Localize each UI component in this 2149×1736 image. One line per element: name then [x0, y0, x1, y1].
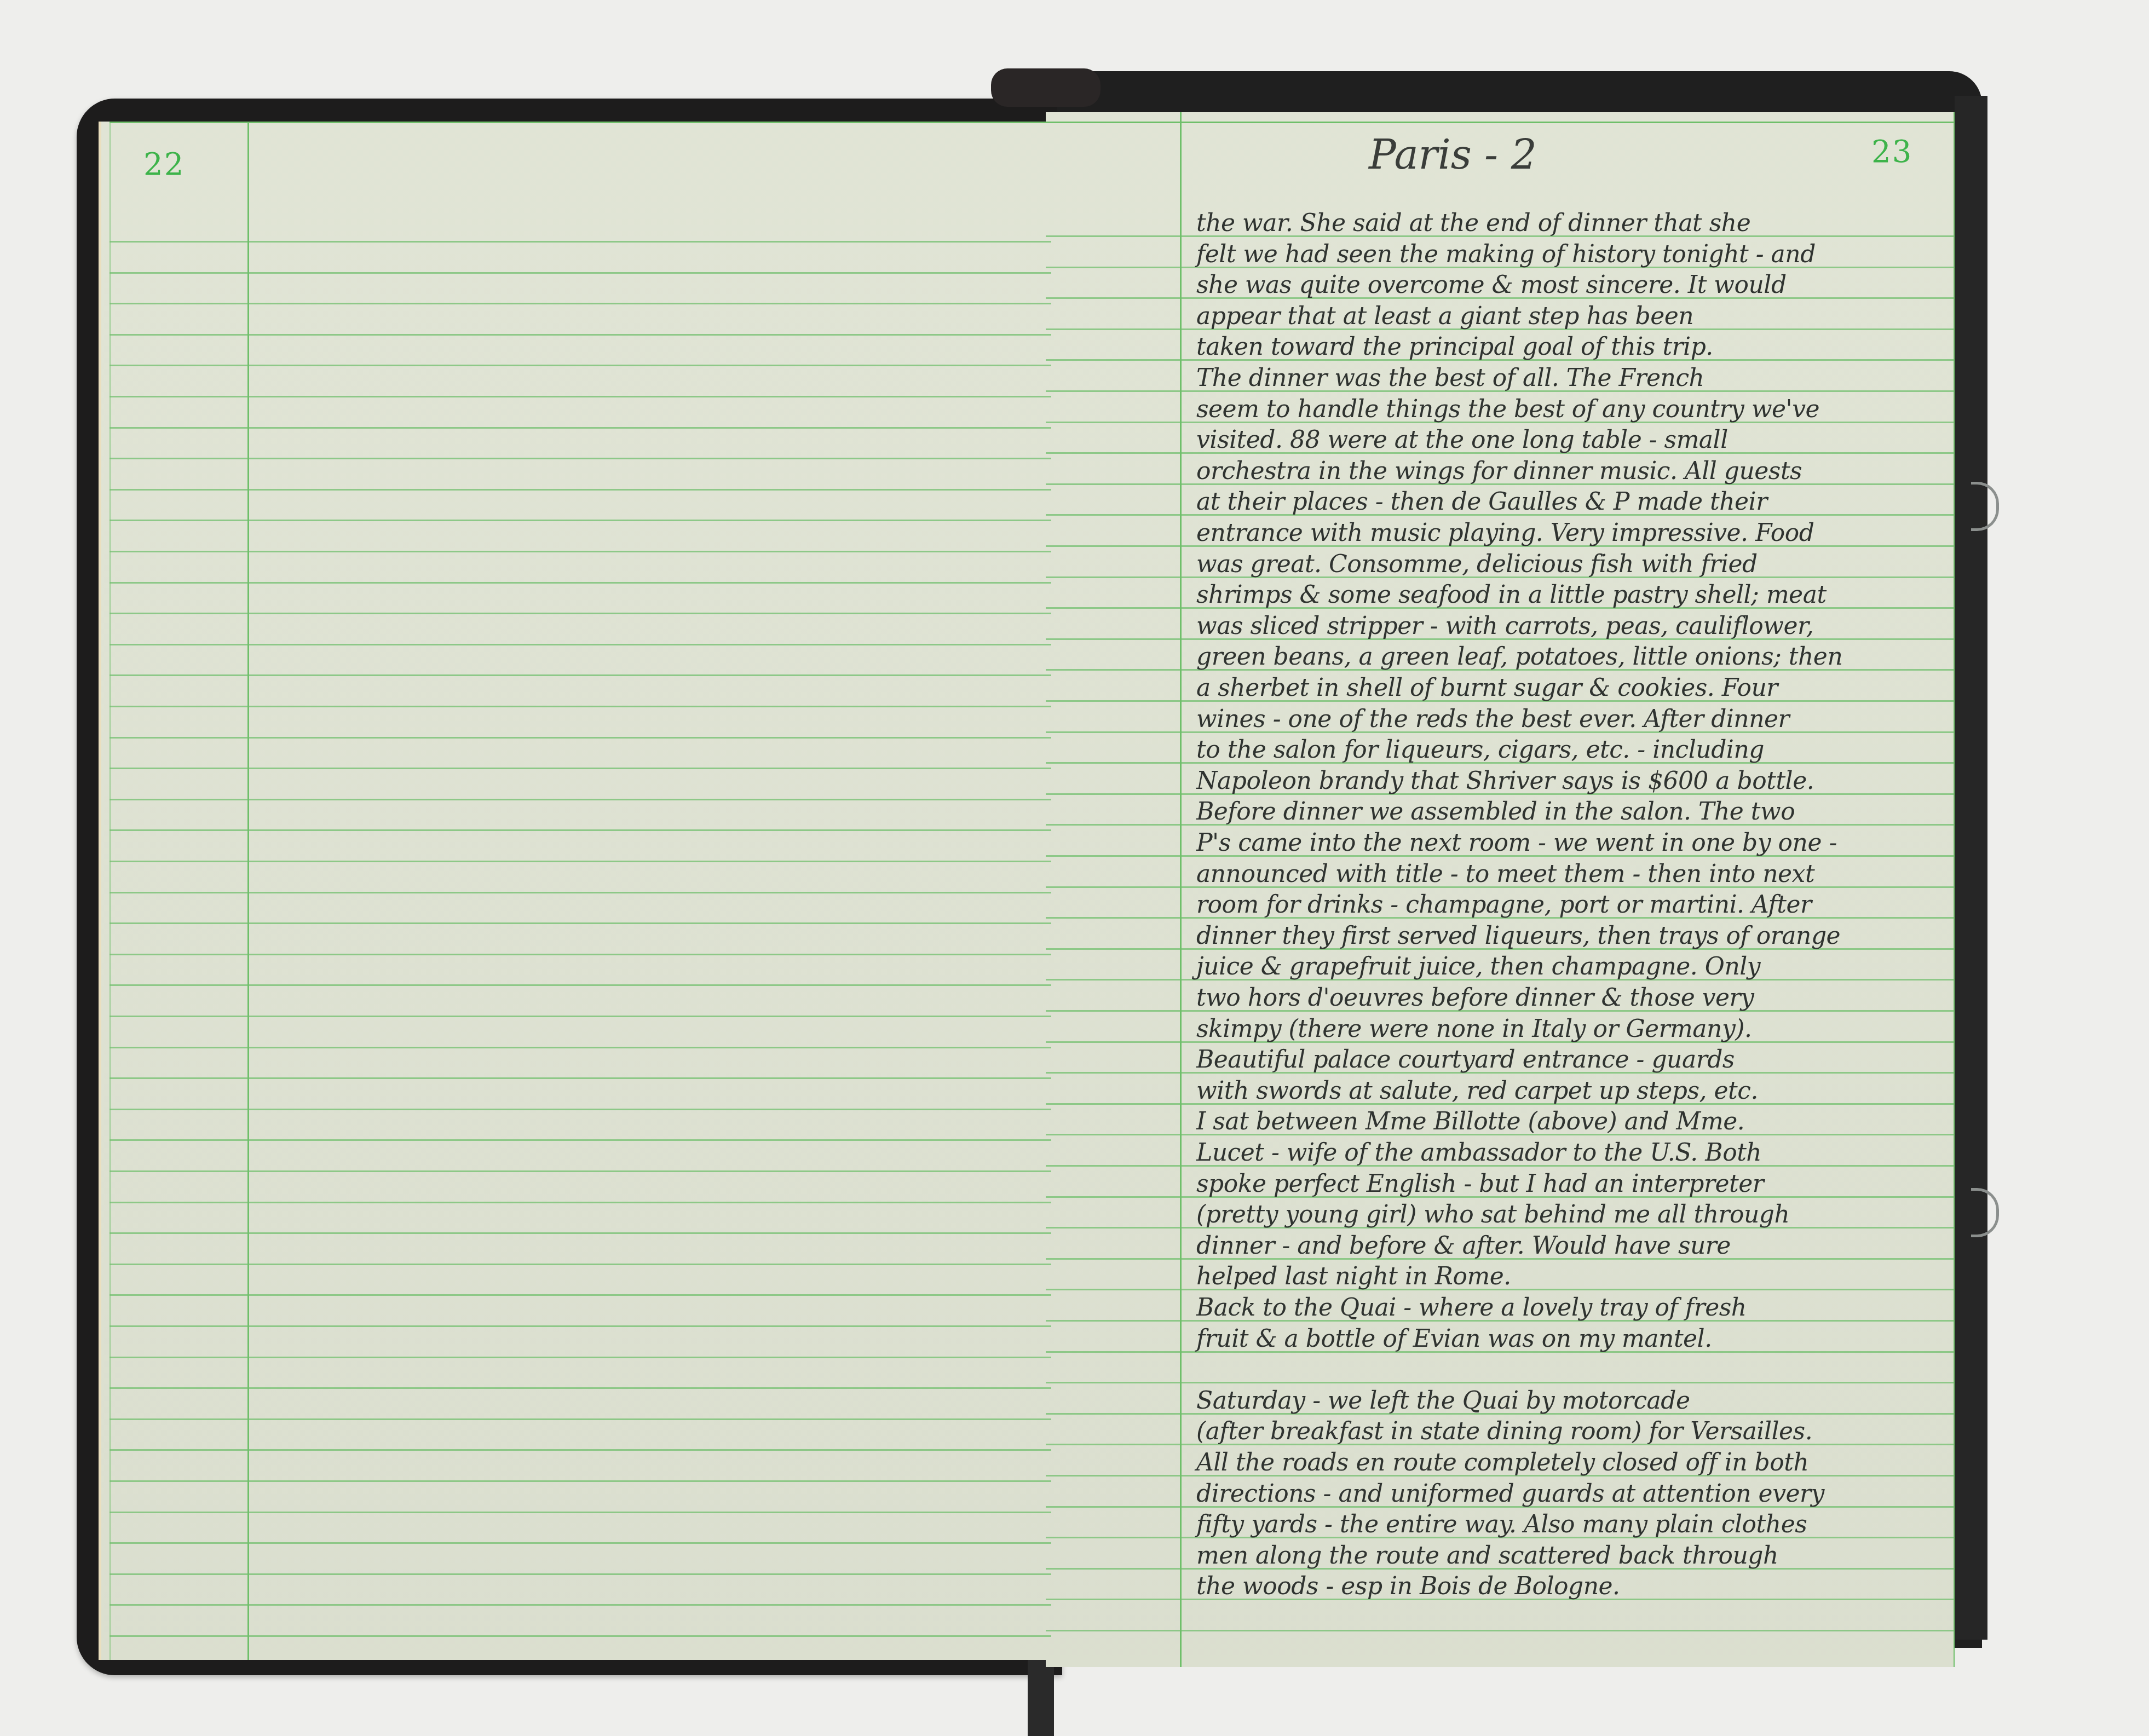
handwritten-line: Napoleon brandy that Shriver says is $60… — [1196, 767, 1974, 795]
handwritten-line: dinner - and before & after. Would have … — [1196, 1232, 1974, 1260]
rule-line — [110, 1016, 1051, 1017]
rule-line — [110, 892, 1051, 893]
rule-line — [110, 644, 1051, 645]
handwritten-line: taken toward the principal goal of this … — [1196, 333, 1974, 361]
left-page-margin-line — [247, 122, 249, 1660]
rule-line — [110, 427, 1051, 429]
handwritten-line: fruit & a bottle of Evian was on my mant… — [1196, 1325, 1974, 1353]
handwritten-line: appear that at least a giant step has be… — [1196, 302, 1974, 330]
handwritten-line: Lucet - wife of the ambassador to the U.… — [1196, 1139, 1974, 1167]
rule-line — [110, 1449, 1051, 1451]
handwritten-line: All the roads en route completely closed… — [1196, 1449, 1974, 1477]
rule-line — [110, 768, 1051, 769]
handwritten-line: she was quite overcome & most sincere. I… — [1196, 271, 1974, 299]
handwritten-line: two hors d'oeuvres before dinner & those… — [1196, 984, 1974, 1012]
handwritten-line: the woods - esp in Bois de Bologne. — [1196, 1572, 1974, 1600]
handwritten-line: Beautiful palace courtyard entrance - gu… — [1196, 1046, 1974, 1074]
rule-line — [110, 334, 1051, 336]
rule-line — [110, 1294, 1051, 1296]
handwritten-line: to the salon for liqueurs, cigars, etc. … — [1196, 736, 1974, 764]
rule-line — [110, 829, 1051, 831]
rule-line — [110, 1480, 1051, 1482]
handwritten-line: room for drinks - champagne, port or mar… — [1196, 891, 1974, 919]
rule-line — [110, 272, 1051, 274]
handwritten-line: P's came into the next room - we went in… — [1196, 829, 1974, 857]
book-spine — [991, 68, 1101, 107]
handwritten-line: a sherbet in shell of burnt sugar & cook… — [1196, 674, 1974, 702]
rule-line — [110, 365, 1051, 366]
handwritten-line: dinner they first served liqueurs, then … — [1196, 922, 1974, 950]
rule-line — [110, 1418, 1051, 1420]
rule-line — [110, 1604, 1051, 1606]
handwritten-line: Back to the Quai - where a lovely tray o… — [1196, 1294, 1974, 1322]
rule-line — [110, 1325, 1051, 1327]
rule-line — [110, 706, 1051, 707]
handwritten-line: The dinner was the best of all. The Fren… — [1196, 364, 1974, 392]
left-page-binding-line — [110, 122, 111, 1660]
rule-line — [110, 396, 1051, 397]
rule-line — [110, 1357, 1051, 1358]
handwritten-line: wines - one of the reds the best ever. A… — [1196, 705, 1974, 733]
rule-line — [110, 1202, 1051, 1203]
handwritten-line: the war. She said at the end of dinner t… — [1196, 209, 1974, 237]
handwritten-line: was great. Consomme, delicious fish with… — [1196, 550, 1974, 578]
handwritten-line: helped last night in Rome. — [1196, 1262, 1974, 1290]
handwritten-line: at their places - then de Gaulles & P ma… — [1196, 488, 1974, 516]
handwritten-line: (pretty young girl) who sat behind me al… — [1196, 1201, 1974, 1229]
rule-line — [110, 458, 1051, 459]
rule-line — [110, 1635, 1051, 1637]
page-title: Paris - 2 — [1369, 131, 1537, 178]
right-page-number: 23 — [1871, 134, 1912, 170]
rule-line — [110, 1542, 1051, 1544]
left-page-number: 22 — [143, 147, 185, 182]
handwritten-line: entrance with music playing. Very impres… — [1196, 519, 1974, 547]
rule-line — [110, 954, 1051, 955]
handwritten-line: was sliced stripper - with carrots, peas… — [1196, 612, 1974, 640]
rule-line — [110, 861, 1051, 862]
rule-line — [1046, 1630, 1955, 1631]
rule-line — [110, 1387, 1051, 1389]
handwritten-line: directions - and uniformed guards at att… — [1196, 1480, 1974, 1508]
rule-line — [110, 799, 1051, 800]
rule-line — [110, 1109, 1051, 1110]
rule-line — [110, 1047, 1051, 1048]
handwritten-line: visited. 88 were at the one long table -… — [1196, 426, 1974, 454]
handwritten-line: juice & grapefruit juice, then champagne… — [1196, 953, 1974, 981]
rule-line — [110, 674, 1051, 676]
handwritten-line: fifty yards - the entire way. Also many … — [1196, 1510, 1974, 1538]
paper-clip-icon — [1971, 482, 1999, 531]
handwritten-line: orchestra in the wings for dinner music.… — [1196, 457, 1974, 485]
handwritten-line: seem to handle things the best of any co… — [1196, 395, 1974, 423]
rule-line — [110, 520, 1051, 521]
rule-line — [110, 1232, 1051, 1234]
handwritten-line: announced with title - to meet them - th… — [1196, 860, 1974, 888]
handwritten-line: I sat between Mme Billotte (above) and M… — [1196, 1108, 1974, 1135]
rule-line — [110, 1139, 1051, 1141]
rule-line — [110, 922, 1051, 924]
handwritten-line: felt we had seen the making of history t… — [1196, 240, 1974, 268]
handwritten-line: Saturday - we left the Quai by motorcade — [1196, 1387, 1974, 1415]
handwritten-line: skimpy (there were none in Italy or Germ… — [1196, 1015, 1974, 1043]
rule-line — [110, 1512, 1051, 1513]
handwritten-line: with swords at salute, red carpet up ste… — [1196, 1077, 1974, 1105]
rule-line — [110, 551, 1051, 552]
rule-line — [110, 489, 1051, 491]
rule-line — [110, 1573, 1051, 1575]
rule-line — [110, 613, 1051, 614]
handwritten-line: green beans, a green leaf, potatoes, lit… — [1196, 643, 1974, 671]
handwritten-line: (after breakfast in state dining room) f… — [1196, 1417, 1974, 1445]
paper-clip-icon — [1971, 1188, 1999, 1237]
rule-line — [1046, 1382, 1955, 1383]
rule-line — [110, 1264, 1051, 1265]
rule-line — [110, 737, 1051, 739]
header-rule — [110, 122, 1955, 123]
rule-line — [110, 1077, 1051, 1079]
handwritten-line: spoke perfect English - but I had an int… — [1196, 1170, 1974, 1198]
left-page — [101, 122, 1051, 1660]
rule-line — [110, 241, 1051, 243]
rule-line — [110, 303, 1051, 304]
rule-line — [110, 582, 1051, 584]
right-page-margin-line — [1180, 112, 1182, 1667]
handwritten-line: men along the route and scattered back t… — [1196, 1542, 1974, 1570]
rule-line — [110, 1170, 1051, 1172]
rule-line — [110, 984, 1051, 986]
handwritten-line: shrimps & some seafood in a little pastr… — [1196, 581, 1974, 609]
handwritten-line: Before dinner we assembled in the salon.… — [1196, 798, 1974, 826]
